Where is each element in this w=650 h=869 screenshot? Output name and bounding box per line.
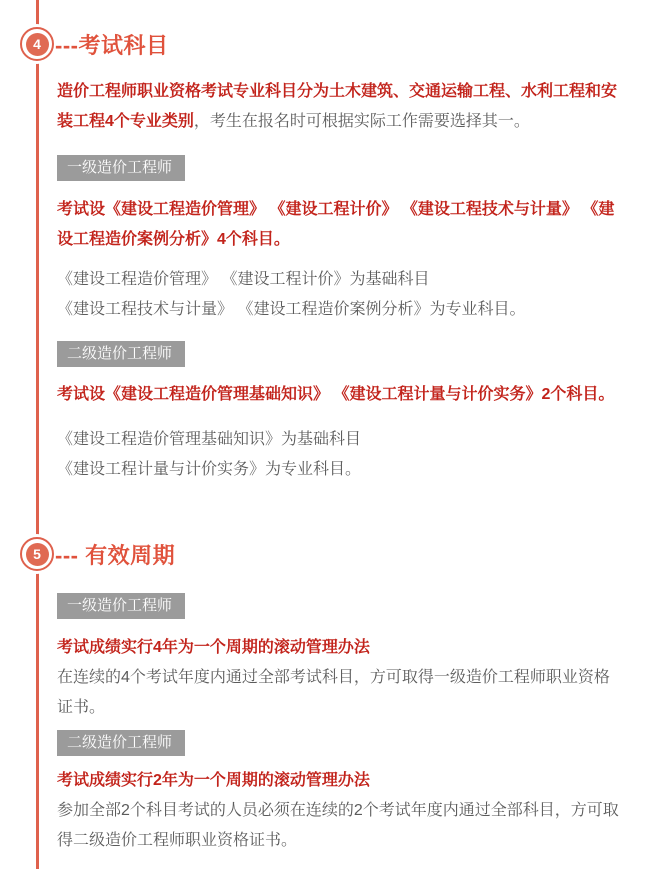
exam-subjects-intro: 造价工程师职业资格考试专业科目分为土木建筑、交通运输工程、水利工程和安装工程4个… bbox=[57, 77, 623, 137]
badge-level1-cost-engineer-period: 一级造价工程师 bbox=[57, 593, 185, 619]
section-title-exam-subjects: ---考试科目 bbox=[55, 29, 168, 60]
level2-note-line2: 《建设工程计量与计价实务》为专业科目。 bbox=[57, 455, 623, 485]
badge-level1-cost-engineer: 一级造价工程师 bbox=[57, 155, 185, 181]
section-title-valid-period: --- 有效周期 bbox=[55, 539, 175, 570]
badge-level2-cost-engineer-period: 二级造价工程师 bbox=[57, 730, 185, 756]
intro-regular-text: ，考生在报名时可根据实际工作需要选择其一。 bbox=[194, 113, 530, 130]
level1-period-paragraph: 考试成绩实行4年为一个周期的滚动管理办法 在连续的4个考试年度内通过全部考试科目… bbox=[57, 633, 623, 723]
step-4-number: 4 bbox=[26, 33, 49, 56]
level2-period-paragraph: 考试成绩实行2年为一个周期的滚动管理办法 参加全部2个科目考试的人员必须在连续的… bbox=[57, 766, 623, 856]
section-header-exam-subjects: 4 ---考试科目 bbox=[20, 27, 168, 61]
article-page: 4 ---考试科目 造价工程师职业资格考试专业科目分为土木建筑、交通运输工程、水… bbox=[0, 0, 650, 869]
level2-subjects-text: 考试设《建设工程造价管理基础知识》 《建设工程计量与计价实务》2个科目。 bbox=[57, 380, 623, 410]
badge-level2-cost-engineer: 二级造价工程师 bbox=[57, 341, 185, 367]
level1-note-line2: 《建设工程技术与计量》 《建设工程造价案例分析》为专业科目。 bbox=[57, 295, 623, 325]
level2-note-line1: 《建设工程造价管理基础知识》为基础科目 bbox=[57, 425, 623, 455]
level1-note-line1: 《建设工程造价管理》 《建设工程计价》为基础科目 bbox=[57, 265, 623, 295]
step-5-circle-icon: 5 bbox=[20, 537, 54, 571]
section-header-valid-period: 5 --- 有效周期 bbox=[20, 537, 175, 571]
timeline-line bbox=[36, 0, 39, 869]
level1-subject-notes: 《建设工程造价管理》 《建设工程计价》为基础科目 《建设工程技术与计量》 《建设… bbox=[57, 265, 623, 325]
level2-period-headline: 考试成绩实行2年为一个周期的滚动管理办法 bbox=[57, 766, 623, 796]
level1-period-detail: 在连续的4个考试年度内通过全部考试科目，方可取得一级造价工程师职业资格证书。 bbox=[57, 669, 610, 716]
level1-subjects-text: 考试设《建设工程造价管理》 《建设工程计价》 《建设工程技术与计量》 《建设工程… bbox=[57, 195, 623, 255]
step-4-circle-icon: 4 bbox=[20, 27, 54, 61]
level1-period-headline: 考试成绩实行4年为一个周期的滚动管理办法 bbox=[57, 633, 623, 663]
level2-subject-notes: 《建设工程造价管理基础知识》为基础科目 《建设工程计量与计价实务》为专业科目。 bbox=[57, 425, 623, 485]
level2-period-detail: 参加全部2个科目考试的人员必须在连续的2个考试年度内通过全部科目，方可取得二级造… bbox=[57, 802, 619, 849]
step-5-number: 5 bbox=[26, 543, 49, 566]
